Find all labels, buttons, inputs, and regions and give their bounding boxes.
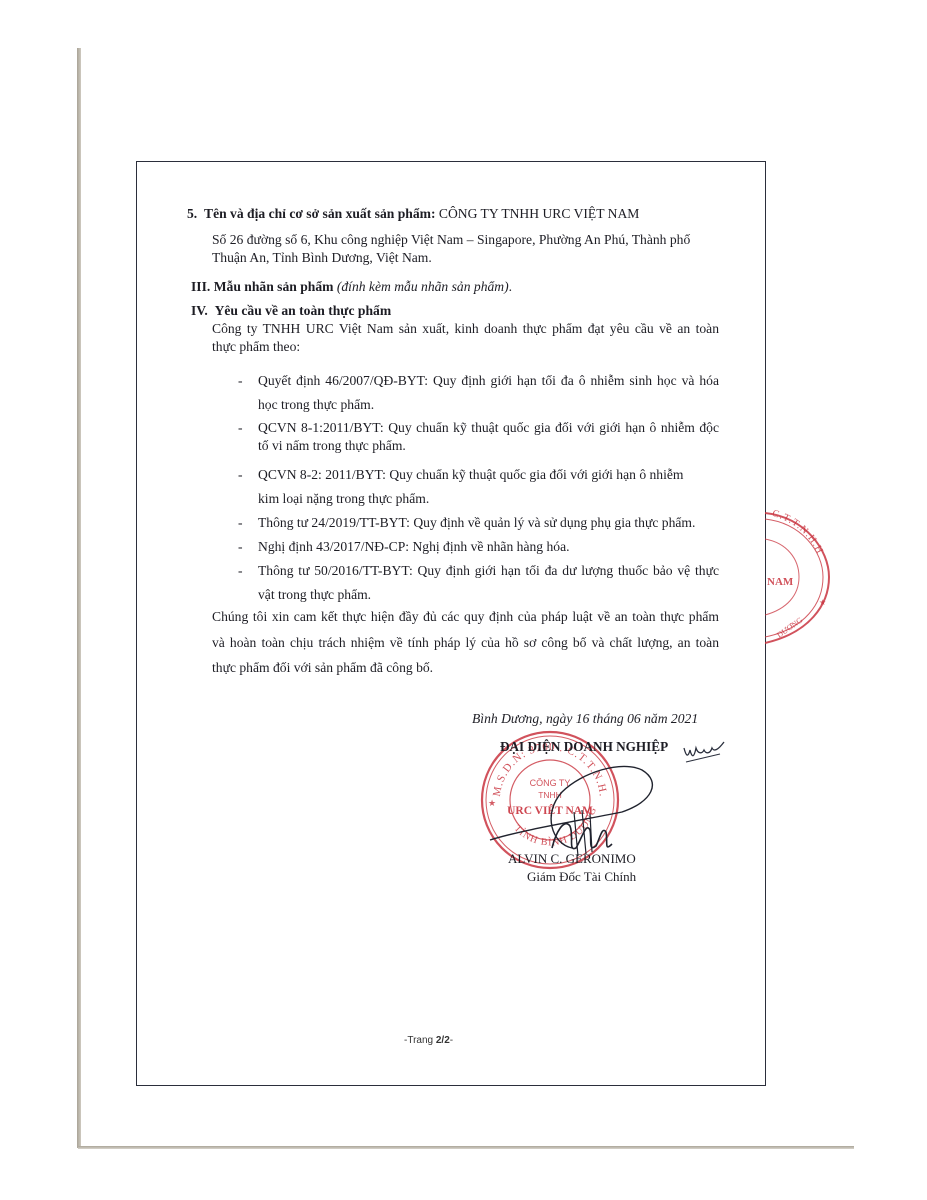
regulation-text-cont: học trong thực phẩm. xyxy=(258,397,374,413)
section5-address-line2: Thuận An, Tỉnh Bình Dương, Việt Nam. xyxy=(212,250,432,266)
commitment-line2: và hoàn toàn chịu trách nhiệm về tính ph… xyxy=(212,635,719,651)
regulation-text: Thông tư 24/2019/TT-BYT: Quy định về quả… xyxy=(258,515,695,531)
regulation-text-cont: kim loại nặng trong thực phẩm. xyxy=(258,491,429,507)
section5-number: 5. xyxy=(187,206,197,221)
handwritten-signature-icon xyxy=(482,752,672,862)
commitment-line3: thực phẩm đối với sản phẩm đã công bố. xyxy=(212,660,433,676)
partial-seal-center: NAM xyxy=(767,576,794,588)
footer-prefix: -Trang xyxy=(404,1035,436,1046)
commitment-line1: Chúng tôi xin cam kết thực hiện đầy đủ c… xyxy=(212,609,719,625)
section5-heading: 5. Tên và địa chỉ cơ sở sản xuất sản phẩ… xyxy=(187,206,639,222)
section3-number: III. xyxy=(191,279,210,294)
bullet-dash: - xyxy=(238,563,243,579)
signer-position: Giám Đốc Tài Chính xyxy=(527,869,636,885)
page-footer: -Trang 2/2- xyxy=(404,1035,453,1046)
regulation-text-cont: tố vi nấm trong thực phẩm. xyxy=(258,438,406,454)
section3-note: (đính kèm mẫu nhãn sản phẩm) xyxy=(337,279,509,294)
section4-number: IV. xyxy=(191,303,208,318)
section4-title: Yêu cầu về an toàn thực phẩm xyxy=(215,303,392,318)
bullet-dash: - xyxy=(238,373,243,389)
signer-name: ALVIN C. GERONIMO xyxy=(508,851,636,867)
section5-label: Tên và địa chỉ cơ sở sản xuất sản phẩm: xyxy=(204,206,435,221)
svg-text:C.T.T.N.H.H: C.T.T.N.H.H xyxy=(771,508,825,556)
partial-seal-ring-text: C.T.T.N.H.H xyxy=(771,508,825,556)
section3-title: Mẫu nhãn sản phẩm xyxy=(214,279,334,294)
regulation-text: QCVN 8-1:2011/BYT: Quy chuẩn kỹ thuật qu… xyxy=(258,420,719,436)
regulation-text: Nghị định 43/2017/NĐ-CP: Nghị định về nh… xyxy=(258,539,570,555)
section5-company-name: CÔNG TY TNHH URC VIỆT NAM xyxy=(439,206,640,221)
place-date: Bình Dương, ngày 16 tháng 06 năm 2021 xyxy=(472,711,698,727)
section5-address-line1: Số 26 đường số 6, Khu công nghiệp Việt N… xyxy=(212,232,690,248)
svg-text:★: ★ xyxy=(819,598,826,607)
section3-end: . xyxy=(509,279,512,294)
regulation-text: Quyết định 46/2007/QĐ-BYT: Quy định giới… xyxy=(258,373,719,389)
page-number: 2/2 xyxy=(436,1035,450,1046)
regulation-text-cont: vật trong thực phẩm. xyxy=(258,587,371,603)
regulation-text: QCVN 8-2: 2011/BYT: Quy chuẩn kỹ thuật q… xyxy=(258,467,684,483)
section4-heading: IV. Yêu cầu về an toàn thực phẩm xyxy=(191,303,391,319)
scan-edge-bottom xyxy=(78,1146,854,1149)
bullet-dash: - xyxy=(238,467,243,483)
section3-heading: III. Mẫu nhãn sản phẩm (đính kèm mẫu nhã… xyxy=(191,279,512,295)
section4-intro-line1: Công ty TNHH URC Việt Nam sản xuất, kinh… xyxy=(212,321,719,337)
bullet-dash: - xyxy=(238,539,243,555)
section4-intro-line2: thực phẩm theo: xyxy=(212,339,300,355)
partial-seal-icon: C.T.T.N.H.H NAM ★ DƯƠNG xyxy=(765,505,835,650)
scan-edge-left xyxy=(77,48,81,1148)
bullet-dash: - xyxy=(238,420,243,436)
regulation-text: Thông tư 50/2016/TT-BYT: Quy định giới h… xyxy=(258,563,719,579)
initials-signature-icon xyxy=(680,736,730,768)
footer-suffix: - xyxy=(450,1035,453,1046)
bullet-dash: - xyxy=(238,515,243,531)
